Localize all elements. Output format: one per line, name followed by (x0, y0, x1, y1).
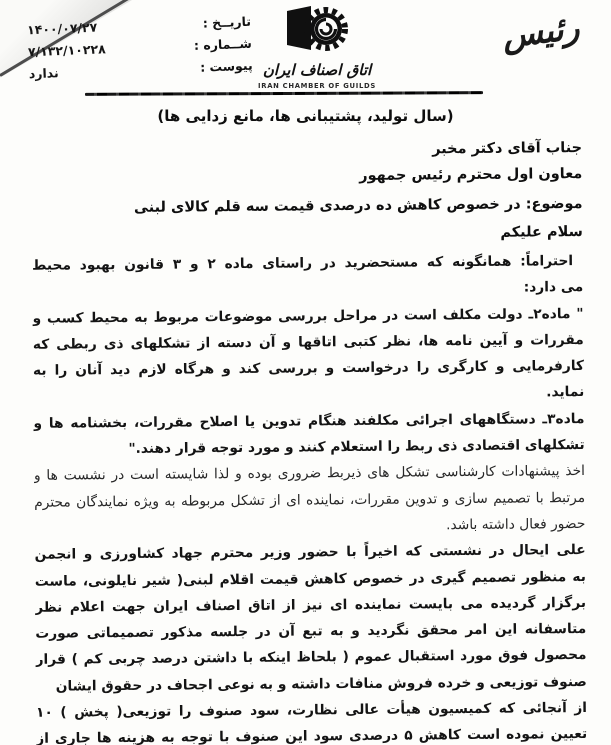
number-value: ۷/۱۳۲/۱۰۲۲۸ (28, 41, 106, 59)
year-slogan: (سال تولید، پشتیبانی ها، مانع زدایی ها) (0, 107, 611, 125)
org-name-english: IRAN CHAMBER OF GUILDS (256, 82, 378, 90)
gear-emblem-icon (280, 4, 354, 60)
chamber-logo: اتاق اصناف ایران IRAN CHAMBER OF GUILDS (256, 4, 378, 90)
recipient-name: جناب آقای دکتر مخبر (31, 137, 582, 164)
attachment-value: ندارد (29, 65, 59, 81)
letter-line: تعیین نموده است کاهش ۵ درصدی سود این صنو… (36, 721, 587, 745)
president-handwriting: رئیس (500, 7, 581, 55)
number-label: شــماره : (194, 36, 252, 53)
date-value: ۱۴۰۰/۰۷/۲۷ (27, 20, 98, 38)
recipient-title: معاون اول محترم رئیس جمهور (31, 163, 582, 190)
letter-line: احتراماً: همانگونه که مستحضرید در راستای… (32, 248, 583, 279)
letter-line: کارفرمایی و کارگری را درخواست و بررسی کن… (33, 353, 584, 384)
meta-row-number: شــماره : ۷/۱۳۲/۱۰۲۲۸ (28, 36, 252, 60)
salutation: سلام علیکم (32, 221, 583, 248)
org-name-farsi: اتاق اصناف ایران (256, 61, 378, 79)
letter-body: جناب آقای دکتر مخبر معاون اول محترم رئیس… (31, 137, 587, 745)
subject-line: موضوع: در خصوص کاهش ده درصدی قیمت سه قلم… (32, 193, 583, 220)
meta-row-attachment: پیوست : ندارد (29, 58, 253, 82)
letterhead-meta: تاریــخ : ۱۴۰۰/۰۷/۲۷ شــماره : ۷/۱۳۲/۱۰۲… (27, 14, 253, 89)
attachment-label: پیوست : (200, 58, 253, 75)
letterhead-divider (85, 91, 483, 96)
scanned-letter-page: تاریــخ : ۱۴۰۰/۰۷/۲۷ شــماره : ۷/۱۳۲/۱۰۲… (0, 0, 611, 745)
date-label: تاریــخ : (202, 14, 251, 31)
